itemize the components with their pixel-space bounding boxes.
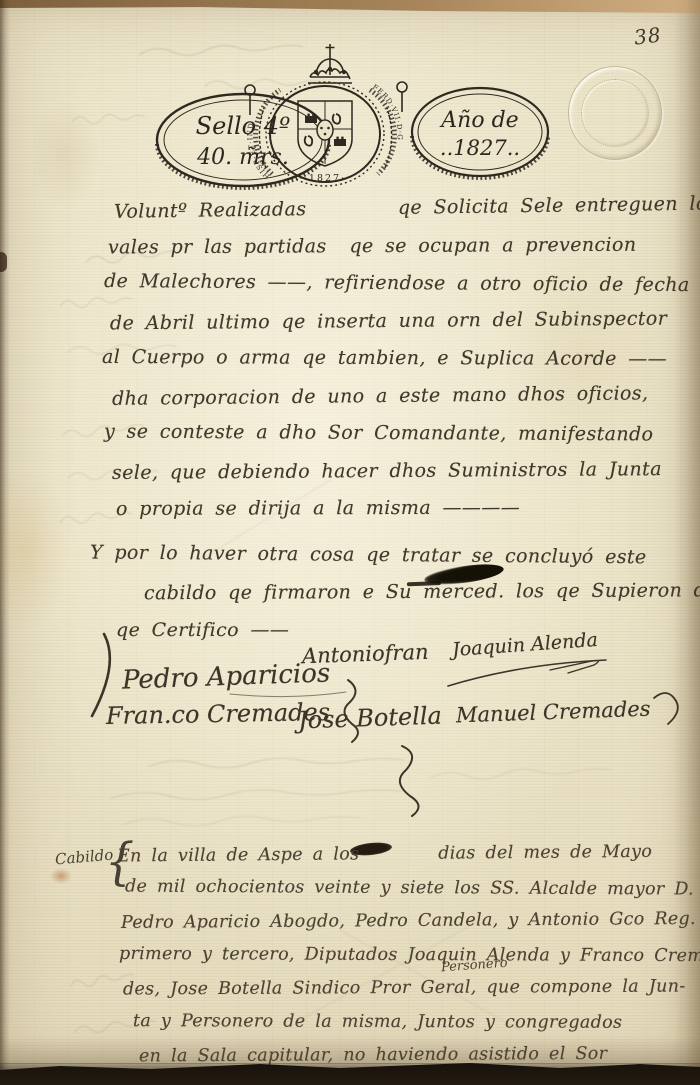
manuscript-line: Y por lo haver otra cosa qe tratar se co…: [90, 534, 676, 577]
manuscript-line: dha corporacion de uno a este mano dhos …: [100, 374, 676, 418]
manuscript-body: Voluntº Realizadas qe Solicita Sele entr…: [100, 190, 676, 649]
signature-jose-botella: Jose Botella: [298, 701, 443, 734]
bottom-edge-fade: [0, 1036, 700, 1064]
manuscript-line: de Malechores ——, refiriendose a otro of…: [100, 263, 676, 305]
signature-block: Antoniofran Joaquin Alenda Pedro Aparici…: [80, 628, 695, 833]
binding-nick: [0, 252, 7, 272]
manuscript-line: sele, que debiendo hacer dhos Suministro…: [100, 450, 676, 492]
manuscript-line: Pedro Aparicio Abogdo, Pedro Candela, y …: [117, 903, 685, 940]
stamp-mrs-text: 40. m̃rs.: [196, 145, 289, 170]
shield-icon: [298, 101, 352, 166]
manuscript-line: En la villa de Aspe a los dias del mes d…: [117, 836, 685, 874]
stamp-right-oval: [412, 88, 548, 178]
manuscript-line: ta y Personero de la misma, Juntos y con…: [117, 1005, 685, 1040]
manuscript-page: 38: [0, 0, 700, 1085]
page-number: 38: [633, 22, 663, 49]
paper-stain: [30, 100, 100, 210]
manuscript-line: de Abril ultimo qe inserta una orn del S…: [100, 300, 676, 343]
stamp-sello-text: Sello 4º: [196, 112, 291, 140]
manuscript-line: o propia se dirija a la misma ————: [100, 489, 676, 529]
arms-year-text: ·1827·: [304, 173, 346, 184]
bottom-edge-dark: [0, 1063, 700, 1085]
stamp-year-text: ..1827..: [440, 136, 520, 160]
crown-icon: [308, 44, 352, 83]
manuscript-line: al Cuerpo o arma qe tambien, e Suplica A…: [100, 339, 676, 379]
embossed-seal-inner: [581, 79, 649, 147]
signature-franco-cremades: Fran.co Cremades: [106, 698, 330, 730]
paper-stain: [0, 470, 70, 630]
page-binding-edge: [0, 0, 10, 1085]
manuscript-line: Voluntº Realizadas qe Solicita Sele entr…: [100, 186, 676, 232]
manuscript-line: de mil ochocientos veinte y siete los SS…: [117, 870, 685, 906]
embossed-seal: [568, 66, 662, 160]
manuscript-line: cabildo qe firmaron e Su merced. los qe …: [100, 572, 676, 613]
manuscript-line: primero y tercero, Diputados Joaquin Ale…: [117, 938, 685, 973]
stamp-ano-text: Año de: [439, 108, 518, 133]
manuscript-line: vales pr las partidas qe se ocupan a pre…: [100, 226, 676, 267]
manuscript-line: y se conteste a dho Sor Comandante, mani…: [100, 413, 676, 454]
page-top-edge: [0, 0, 700, 14]
revenue-stamp: Sello 4º 40. m̃rs. Año de ..1827.. HISP·…: [138, 28, 562, 196]
manuscript-line: des, Jose Botella Sindico Pror Geral, qu…: [117, 971, 685, 1007]
